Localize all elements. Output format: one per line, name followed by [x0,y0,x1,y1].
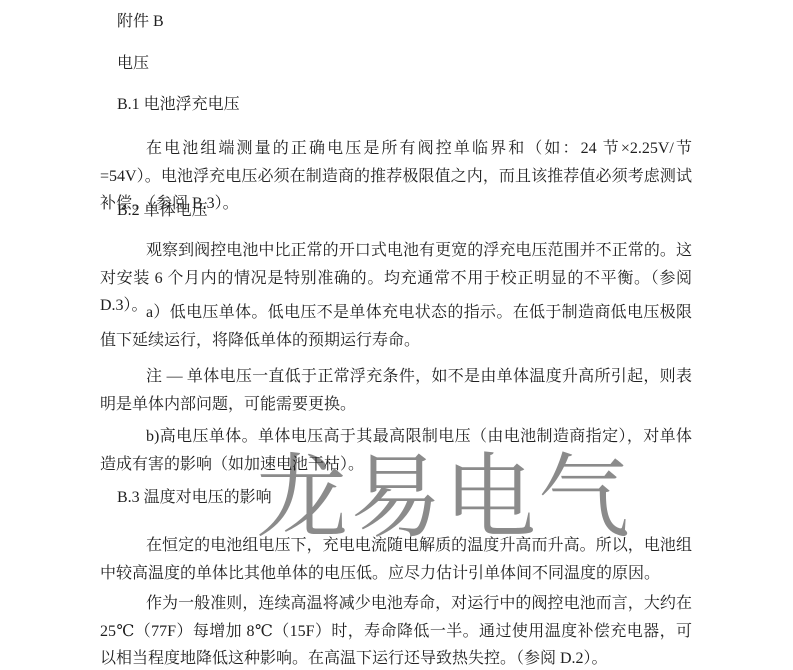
section-b3-heading: B.3 温度对电压的影响 [117,484,717,512]
document-title: 电压 [117,50,717,78]
para-b3-general-rule: 作为一般准则，连续高温将减少电池寿命，对运行中的阀控电池而言，大约在 25℃（7… [100,590,692,670]
section-b1-heading: B.1 电池浮充电压 [117,91,717,119]
appendix-label: 附件 B [117,8,717,36]
para-b2-item-b-high-voltage: b)高电压单体。单体电压高于其最高限制电压（由电池制造商指定），对单体造成有害的… [100,423,692,478]
section-b2-heading: B.2 单体电压 [117,197,717,225]
para-b3-intro: 在恒定的电池组电压下，充电电流随电解质的温度升高而升高。所以，电池组中较高温度的… [100,532,692,587]
para-b2-note: 注 — 单体电压一直低于正常浮充条件，如不是由单体温度升高所引起，则表明是单体内… [100,363,692,418]
document-page: 龙易电气 附件 B 电压 B.1 电池浮充电压 在电池组端测量的正确电压是所有阀… [0,0,793,670]
para-b2-item-a-low-voltage: a）低电压单体。低电压不是单体充电状态的指示。在低于制造商低电压极限值下延续运行… [100,299,692,354]
